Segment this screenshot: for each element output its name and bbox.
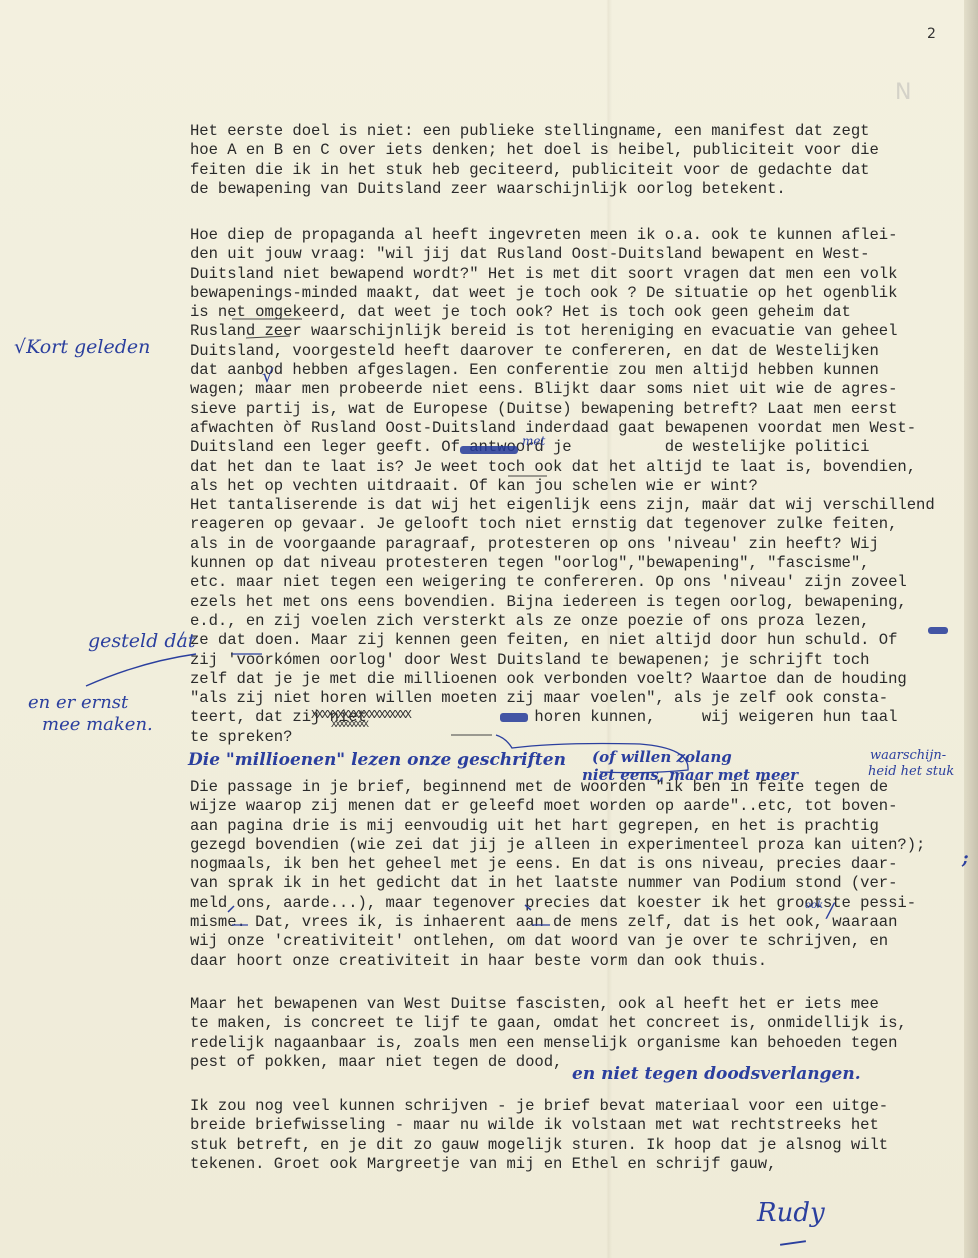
typed-line: feiten die ik in het stuk heb geciteerd,… <box>190 161 879 180</box>
typed-line: redelijk nagaanbaar is, zoals men een me… <box>190 1034 907 1053</box>
typed-line: daar hoort onze creativiteit in haar bes… <box>190 952 925 971</box>
interline-note-millioenen: Die "millioenen" lezen onze geschriften <box>188 750 566 770</box>
paragraph-2: Hoe diep de propaganda al heeft ingevret… <box>190 226 935 747</box>
typed-line: als in de voorgaande paragraaf, proteste… <box>190 535 935 554</box>
typed-line: zij 'voorkómen oorlog' door West Duitsla… <box>190 651 935 670</box>
typed-line: reageren op gevaar. Je gelooft toch niet… <box>190 515 935 534</box>
typed-line: Maar het bewapenen van West Duitse fasci… <box>190 995 907 1014</box>
typed-line: "als zij niet horen willen moeten zij ma… <box>190 689 935 708</box>
typed-line: Het eerste doel is niet: een publieke st… <box>190 122 879 141</box>
typed-line: te spreken? <box>190 728 935 747</box>
paragraph-1: Het eerste doel is niet: een publieke st… <box>190 122 879 199</box>
insert-ook: ook <box>805 900 823 911</box>
typed-line: Het tantaliserende is dat wij het eigenl… <box>190 496 935 515</box>
page-number: 2 <box>927 26 936 42</box>
ink-strikeout-3 <box>500 713 528 722</box>
paragraph-3: Die passage in je brief, beginnend met d… <box>190 778 925 971</box>
semicolon-mark: ; <box>962 848 969 869</box>
margin-note-kort-geleden: √Kort geleden <box>14 336 150 358</box>
insert-met: met <box>522 434 545 448</box>
typed-line: te maken, is concreet te lijf te gaan, o… <box>190 1014 907 1033</box>
typed-line: ze dat doen. Maar zij kennen geen feiten… <box>190 631 935 650</box>
interline-note-waarschijnlijk-2: heid het stuk <box>868 764 954 779</box>
paragraph-4: Maar het bewapenen van West Duitse fasci… <box>190 995 907 1072</box>
typed-line: teert, dat zij niet horen kunnen, wij we… <box>190 708 935 727</box>
typed-line: tekenen. Groet ook Margreetje van mij en… <box>190 1155 888 1174</box>
typed-line: Ik zou nog veel kunnen schrijven - je br… <box>190 1097 888 1116</box>
typed-line: ezels het met ons eens bovendien. Bijna … <box>190 593 935 612</box>
typed-line: wagen; maar men probeerde niet eens. Bli… <box>190 380 935 399</box>
typed-line: Duitsland niet bewapend wordt?" Het is m… <box>190 265 935 284</box>
typed-line: sieve partij is, wat de Europese (Duitse… <box>190 400 935 419</box>
insert-slash-icon: / <box>827 898 834 922</box>
typed-line: aan pagina drie is mij eenvoudig uit het… <box>190 817 925 836</box>
margin-note-line-1: en er ernst <box>28 692 128 713</box>
typed-strikeout-2: XXXXXXXXX <box>331 720 367 731</box>
signature-underline <box>780 1240 806 1246</box>
typed-line: als het op vechten uitdraait. Of kan jou… <box>190 477 935 496</box>
typed-line: zelf dat je je met die millioenen ook ve… <box>190 670 935 689</box>
typed-line: kunnen op dat niveau protesteren tegen "… <box>190 554 935 573</box>
typed-line: nogmaals, ik ben het geheel met je eens.… <box>190 855 925 874</box>
typed-line: breide briefwisseling - maar nu wilde ik… <box>190 1116 888 1135</box>
typed-line: stuk betreft, en je dit zo gauw mogelijk… <box>190 1136 888 1155</box>
typed-line: wijze waarop zij menen dat er geleefd mo… <box>190 797 925 816</box>
check-mark-icon: √ <box>14 336 26 358</box>
insert-caret-icon: √ <box>262 366 273 387</box>
typed-line: Die passage in je brief, beginnend met d… <box>190 778 925 797</box>
typed-line: is net omgekeerd, dat weet je toch ook? … <box>190 303 935 322</box>
faint-pencil-mark: N <box>895 80 911 105</box>
typed-line: dat het dan te laat is? Je weet toch ook… <box>190 458 935 477</box>
margin-note-line-2: mee maken. <box>42 714 153 735</box>
typed-line: hoe A en B en C over iets denken; het do… <box>190 141 879 160</box>
insert-mark-icon: / <box>178 628 183 647</box>
handwritten-ending-p4: en niet tegen doodsverlangen. <box>572 1064 861 1084</box>
interline-note-of-willen: (of willen zolang <box>592 748 732 766</box>
typed-line: Rusland zeer waarschijnlijk bereid is to… <box>190 322 935 341</box>
ink-strikeout-2 <box>928 627 948 634</box>
typed-line: wij onze 'creativiteit' ontlehen, om dat… <box>190 932 925 951</box>
typed-line: misme. Dat, vrees ik, is inhaerent aan d… <box>190 913 925 932</box>
paragraph-5: Ik zou nog veel kunnen schrijven - je br… <box>190 1097 888 1174</box>
typed-line: de bewapening van Duitsland zeer waarsch… <box>190 180 879 199</box>
typed-line: den uit jouw vraag: "wil jij dat Rusland… <box>190 245 935 264</box>
typed-line: gezegd bovendien (wie zei dat jij je all… <box>190 836 925 855</box>
typed-line: van sprak ik in het gedicht dat in het l… <box>190 874 925 893</box>
letter-page: 2 N Het eerste doel is niet: een publiek… <box>0 0 978 1258</box>
interline-note-waarschijnlijk-1: waarschijn- <box>870 748 946 763</box>
typed-line: Duitsland een leger geeft. Of antwoord j… <box>190 438 935 457</box>
paper-edge-shadow <box>964 0 978 1258</box>
typed-line: etc. maar niet tegen een weigering te co… <box>190 573 935 592</box>
typed-line: Hoe diep de propaganda al heeft ingevret… <box>190 226 935 245</box>
typed-line: Duitsland, voorgesteld heeft daarover te… <box>190 342 935 361</box>
signature: Rudy <box>757 1198 825 1228</box>
typed-line: afwachten òf Rusland Oost-Duitsland inde… <box>190 419 935 438</box>
typed-line: dat aanbod hebben afgeslagen. Een confer… <box>190 361 935 380</box>
typed-line: bewapenings-minded maakt, dat weet je to… <box>190 284 935 303</box>
typed-line: e.d., en zij voelen zich versterkt als z… <box>190 612 935 631</box>
interline-note-niet-eens: niet eens, maar met meer <box>582 766 798 784</box>
ink-strikeout-1 <box>460 446 518 454</box>
